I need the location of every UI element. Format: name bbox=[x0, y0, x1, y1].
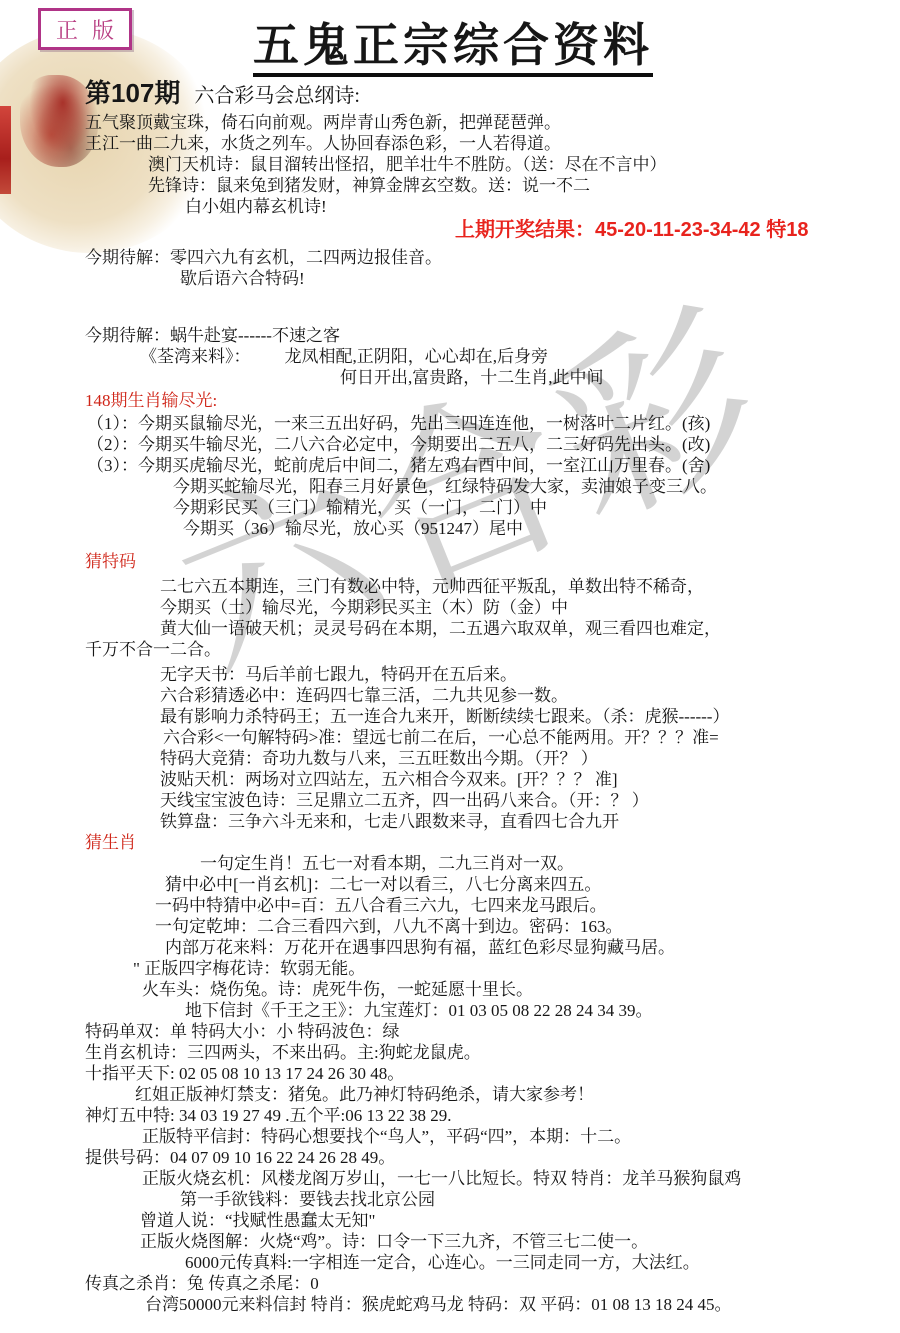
text-line: 正版特平信封：特码心想要找个“鸟人”，平码“四”，本期：十二。 bbox=[142, 1126, 892, 1147]
text-line: 地下信封《千王之王》：九宝莲灯：01 03 05 08 22 28 24 34 … bbox=[185, 1000, 892, 1021]
text-line: 今期彩民买（三门）输精光，买（一门，二门）中 bbox=[173, 497, 892, 518]
text-line: 无字天书：马后羊前七跟九，特码开在五后来。 bbox=[160, 664, 892, 685]
text-line: 今期买（土）输尽光，今期彩民买主（木）防（金）中 bbox=[160, 597, 892, 618]
text-line: 澳门天机诗：鼠目溜转出怪招，肥羊壮牛不胜防。（送：尽在不言中） bbox=[148, 154, 892, 175]
text-line: 天线宝宝波色诗：三足鼎立二五齐，四一出码八来合。（开：？ ） bbox=[160, 790, 892, 811]
text-line: 一码中特猜中必中=百：五八合看三六九，七四来龙马跟后。 bbox=[155, 895, 892, 916]
content-lines: 五气聚顶戴宝珠，倚石向前观。两岸青山秀色新，把弹琵琶弹。王江一曲二九来，水货之列… bbox=[85, 112, 892, 1315]
issue-heading: 六合彩马会总纲诗: bbox=[194, 85, 360, 107]
text-line: 一句定乾坤：二合三看四六到，八九不离十到边。密码：163。 bbox=[155, 916, 892, 937]
section-heading-special: 猜特码 bbox=[85, 551, 892, 572]
text-line: 白小姐内幕玄机诗! bbox=[185, 196, 892, 217]
page-title: 五鬼正宗综合资料 bbox=[253, 20, 653, 77]
text-line: 6000元传真料:一字相连一定合，心连心。一三同走同一方，大法红。 bbox=[185, 1252, 892, 1273]
text-line: 先锋诗：鼠来兔到猪发财，神算金牌玄空数。送：说一不二 bbox=[148, 175, 892, 196]
issue-number: 第107期 bbox=[85, 78, 180, 108]
text-line: " 正版四字梅花诗：软弱无能。 bbox=[133, 958, 892, 979]
issue-header: 第107期 六合彩马会总纲诗: bbox=[85, 79, 900, 112]
text-line: 十指平天下: 02 05 08 10 13 17 24 26 30 48。 bbox=[85, 1063, 892, 1084]
text-line: （2）：今期买牛输尽光，二八六合必定中，今期要出二五八，二三好码先出头。(改) bbox=[87, 434, 892, 455]
previous-draw-result: 上期开奖结果：45-20-11-23-34-42 特18 bbox=[455, 217, 892, 243]
text-line: 特码单双：单 特码大小：小 特码波色：绿 bbox=[85, 1021, 892, 1042]
text-line: 正版火烧图解：火烧“鸡”。诗：口令一下三九齐，不管三七二使一。 bbox=[140, 1231, 892, 1252]
text-line: 正版火烧玄机：风楼龙阁万岁山，一七一八比短长。特双 特肖：龙羊马猴狗鼠鸡 bbox=[142, 1168, 892, 1189]
text-line: 一句定生肖！五七一对看本期，二九三肖对一双。 bbox=[200, 853, 892, 874]
text-line: 红姐正版神灯禁支：猪兔。此乃神灯特码绝杀，请大家参考！ bbox=[135, 1084, 892, 1105]
text-line: 王江一曲二九来，水货之列车。人协回春添色彩，一人若得道。 bbox=[85, 133, 892, 154]
text-line: 铁算盘：三争六斗无来和，七走八跟数来寻，直看四七合九开 bbox=[160, 811, 892, 832]
section-heading-zodiac-guess: 猜生肖 bbox=[85, 832, 892, 853]
authenticity-badge: 正版 bbox=[38, 8, 132, 50]
text-line: 特码大竞猜：奇功九数与八来，三五旺数出今期。（开？ ） bbox=[160, 748, 892, 769]
text-line: 最有影响力杀特码王；五一连合九来开，断断续续七跟来。（杀：虎猴------） bbox=[160, 706, 892, 727]
lottery-info-sheet: 六合彩 正版 五鬼正宗综合资料 第107期 六合彩马会总纲诗: 五气聚顶戴宝珠，… bbox=[0, 0, 900, 1333]
text-line: 今期买蛇输尽光，阳春三月好景色，红绿特码发大家，卖油娘子变三八。 bbox=[173, 476, 892, 497]
text-line: （1）：今期买鼠输尽光，一来三五出好码，先出三四连连他，一树落叶二片红。(孩) bbox=[87, 413, 892, 434]
text-line: 提供号码：04 07 09 10 16 22 24 26 28 49。 bbox=[85, 1147, 892, 1168]
text-line: 生肖玄机诗：三四两头，不来出码。主:狗蛇龙鼠虎。 bbox=[85, 1042, 892, 1063]
text-line: 六合彩猜透必中：连码四七靠三活，二九共见参一数。 bbox=[160, 685, 892, 706]
text-line: 波贴天机：两场对立四站左，五六相合今双来。[开？？？ 准] bbox=[160, 769, 892, 790]
text-line: 曾道人说：“找赋性愚蠢太无知" bbox=[140, 1210, 892, 1231]
text-line: 今期买（36）输尽光，放心买（951247）尾中 bbox=[183, 518, 892, 539]
text-line: 二七六五本期连，三门有数必中特，元帅西征平叛乱，单数出特不稀奇， bbox=[160, 576, 892, 597]
text-line: 千万不合一二合。 bbox=[85, 639, 892, 660]
text-line: （3）：今期买虎输尽光，蛇前虎后中间二，猪左鸡右酉中间，一室江山万里春。(舍) bbox=[87, 455, 892, 476]
text-line: 五气聚顶戴宝珠，倚石向前观。两岸青山秀色新，把弹琵琶弹。 bbox=[85, 112, 892, 133]
corner-photo-edge bbox=[0, 106, 11, 194]
text-line: 六合彩<一句解特码>准：望远七前二在后，一心总不能两用。开？？？准= bbox=[163, 727, 892, 748]
text-line: 第一手欲钱料：要钱去找北京公园 bbox=[180, 1189, 892, 1210]
text-line: 内部万花来料：万花开在遇事四思狗有福，蓝红色彩尽显狗藏马居。 bbox=[165, 937, 892, 958]
text-line: 神灯五中特: 34 03 19 27 49 .五个平:06 13 22 38 2… bbox=[85, 1105, 892, 1126]
text-line: 火车头：烧伤兔。诗：虎死牛伤，一蛇延愿十里长。 bbox=[142, 979, 892, 1000]
section-heading-zodiac: 148期生肖输尽光: bbox=[85, 390, 892, 411]
text-line: 猜中必中[一肖玄机]：二七一对以看三，八七分离来四五。 bbox=[165, 874, 892, 895]
text-line: 《荃湾来料》： 龙凤相配,正阴阳，心心却在,后身旁 bbox=[140, 346, 892, 367]
text-line: 何日开出,富贵路，十二生肖,此中间 bbox=[340, 367, 892, 388]
text-line: 台湾50000元来料信封 特肖：猴虎蛇鸡马龙 特码：双 平码：01 08 13 … bbox=[145, 1294, 892, 1315]
text-line: 今期待解：蜗牛赴宴------不速之客 bbox=[85, 325, 892, 346]
text-line: 传真之杀肖：兔 传真之杀尾：0 bbox=[85, 1273, 892, 1294]
text-line: 黄大仙一语破天机；灵灵号码在本期，二五遇六取双单，观三看四也难定， bbox=[160, 618, 892, 639]
text-line: 歇后语六合特码! bbox=[180, 268, 892, 289]
text-line: 今期待解：零四六九有玄机，二四两边报佳音。 bbox=[85, 247, 892, 268]
